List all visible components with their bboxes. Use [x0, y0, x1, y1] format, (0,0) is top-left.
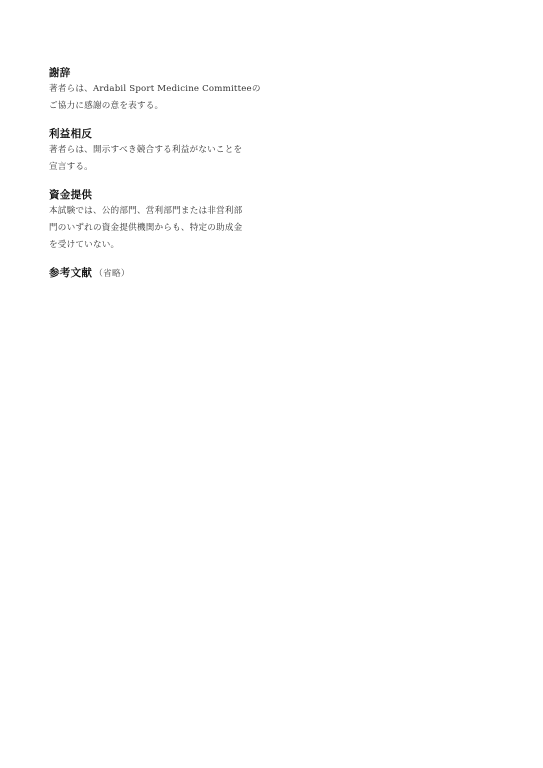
text-line: を受けていない。 — [49, 237, 279, 254]
text-line: 本試験では、公的部門、営利部門または非営利部 — [49, 203, 279, 220]
references-heading: 参考文献（省略） — [49, 266, 279, 282]
funding-text: 本試験では、公的部門、営利部門または非営利部 門のいずれの資金提供機関からも、特… — [49, 203, 279, 254]
conflict-of-interest-section: 利益相反 著者らは、開示すべき競合する利益がないことを 宣言する。 — [49, 127, 279, 176]
text-line: 著者らは、開示すべき競合する利益がないことを — [49, 142, 279, 159]
acknowledgements-section: 謝辞 著者らは、Ardabil Sport Medicine Committee… — [49, 66, 279, 115]
references-omitted-note: （省略） — [94, 269, 130, 279]
references-heading-label: 参考文献 — [49, 267, 92, 279]
acknowledgements-text: 著者らは、Ardabil Sport Medicine Committeeの ご… — [49, 81, 279, 115]
text-line: 宣言する。 — [49, 159, 279, 176]
funding-section: 資金提供 本試験では、公的部門、営利部門または非営利部 門のいずれの資金提供機関… — [49, 188, 279, 254]
conflict-of-interest-heading: 利益相反 — [49, 127, 279, 142]
funding-heading: 資金提供 — [49, 188, 279, 203]
text-line: 著者らは、Ardabil Sport Medicine Committeeの — [49, 81, 279, 98]
acknowledgements-heading: 謝辞 — [49, 66, 279, 81]
conflict-of-interest-text: 著者らは、開示すべき競合する利益がないことを 宣言する。 — [49, 142, 279, 176]
document-page: 謝辞 著者らは、Ardabil Sport Medicine Committee… — [49, 66, 279, 294]
references-section: 参考文献（省略） — [49, 266, 279, 282]
text-line: ご協力に感謝の意を表する。 — [49, 98, 279, 115]
text-line: 門のいずれの資金提供機関からも、特定の助成金 — [49, 220, 279, 237]
